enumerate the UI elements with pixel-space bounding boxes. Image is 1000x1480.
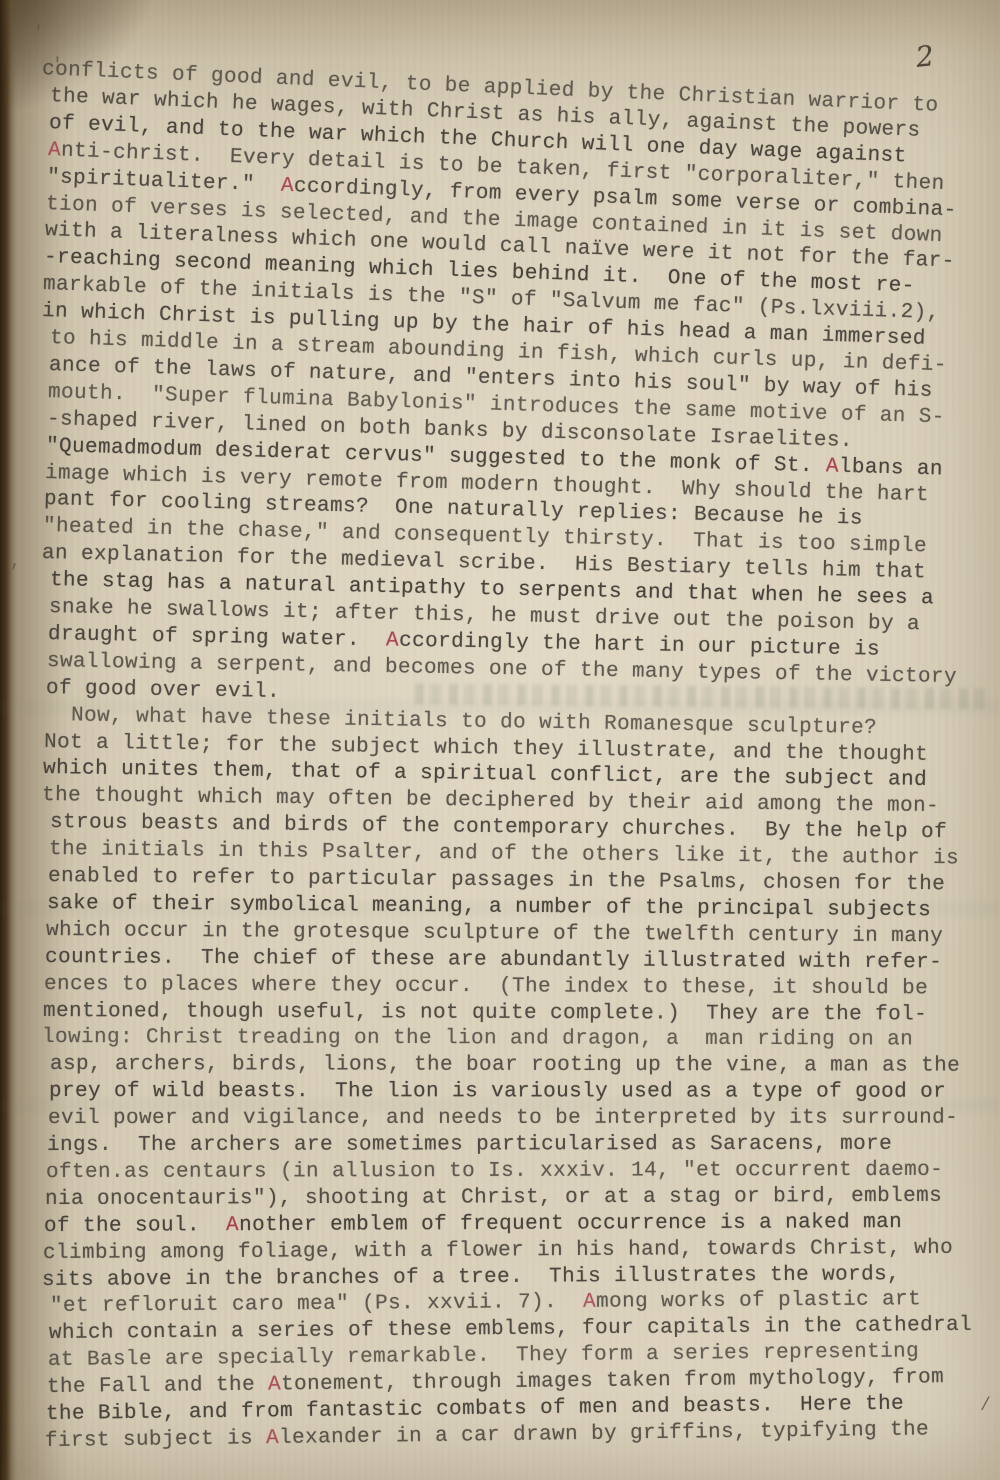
typescript-page: 2 conflicts of good and evil, to be appl…	[0, 0, 1000, 1480]
typescript-line: often.as centaurs (in allusion to Is. xx…	[46, 1158, 943, 1186]
page-number: 2	[914, 39, 935, 74]
typescript-line: nia onocentauris"), shooting at Christ, …	[45, 1184, 942, 1213]
page-left-edge	[0, 0, 16, 1480]
typescript-line: evil power and vigilance, and needs to b…	[48, 1106, 958, 1132]
red-capital: A	[826, 455, 840, 478]
typescript-line: ings. The archers are sometimes particul…	[47, 1132, 892, 1159]
typescript-line: countries. The chief of these are abunda…	[45, 945, 942, 976]
typescript-line: prey of wild beasts. The lion is various…	[49, 1079, 946, 1106]
red-capital: A	[266, 1427, 279, 1450]
stray-mark: ,	[10, 552, 21, 572]
red-capital: A	[386, 629, 399, 652]
stray-mark: '	[33, 24, 44, 44]
red-capital: A	[48, 139, 62, 162]
typescript-line: mentioned, though useful, is not quite c…	[43, 999, 927, 1028]
typescript-line: of the soul. Another emblem of frequent …	[44, 1210, 902, 1240]
typescript-line: lowing: Christ treading on the lion and …	[42, 1025, 913, 1053]
red-capital: A	[226, 1214, 239, 1237]
stray-mark: /	[980, 1396, 991, 1416]
red-capital: A	[583, 1291, 596, 1314]
typescript-line: asp, archers, birds, lions, the boar roo…	[50, 1052, 960, 1080]
typescript-line: ences to places where they occur. (The i…	[44, 972, 928, 1002]
red-capital: A	[280, 174, 294, 197]
typescript-line: of good over evil.	[46, 676, 280, 706]
red-capital: A	[268, 1374, 281, 1397]
stray-mark: '	[52, 56, 63, 76]
